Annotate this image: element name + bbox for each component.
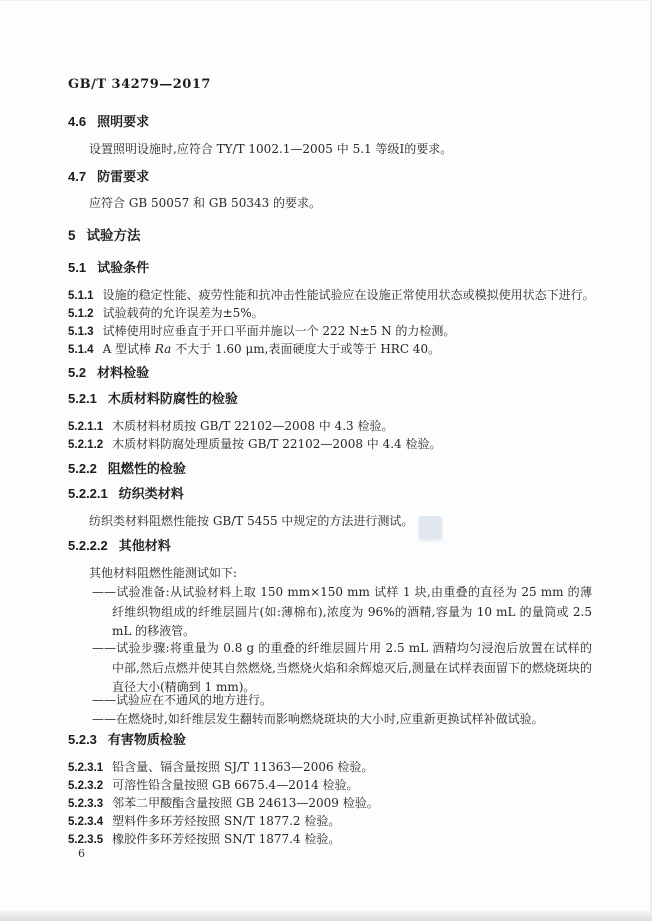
page-number: 6 — [78, 847, 85, 860]
heading-4-6: 4.6照明要求 — [68, 114, 608, 130]
clause-text: 塑料件多环芳烃按照 SN/T 1877.2 检验。 — [112, 814, 340, 828]
clause-number: 5.1.1 — [68, 290, 94, 302]
heading-number: 5.2.2.2 — [68, 538, 108, 554]
heading-title: 照明要求 — [97, 114, 149, 129]
heading-5-1: 5.1试验条件 — [68, 260, 608, 276]
clause-5-2-3-2: 5.2.3.2可溶性铅含量按照 GB 6675.4—2014 检验。 — [68, 776, 608, 795]
clause-number: 5.2.3.2 — [68, 780, 103, 792]
clause-number: 5.1.4 — [68, 344, 94, 356]
symbol-Ra: Ra — [155, 342, 171, 356]
heading-title: 防雷要求 — [97, 169, 149, 184]
clause-text: 木质材料材质按 GB/T 22102—2008 中 4.3 检验。 — [112, 419, 393, 433]
heading-5-2-2-1: 5.2.2.1纺织类材料 — [68, 486, 608, 502]
clause-5-2-3-4: 5.2.3.4塑料件多环芳烃按照 SN/T 1877.2 检验。 — [68, 812, 608, 831]
clause-number: 5.2.3.4 — [68, 816, 103, 828]
heading-5-2-2-2: 5.2.2.2其他材料 — [68, 538, 608, 554]
heading-title: 材料检验 — [97, 365, 149, 380]
heading-number: 4.7 — [68, 169, 86, 185]
clause-text: 试棒使用时应垂直于开口平面并施以一个 222 N±5 N 的力检测。 — [103, 324, 456, 338]
doc-header: GB/T 34279—2017 — [68, 77, 608, 92]
clause-text-pre: A 型试棒 — [103, 342, 155, 356]
clause-number: 5.2.3.1 — [68, 762, 103, 774]
clause-text: 木质材料防腐处理质量按 GB/T 22102—2008 中 4.4 检验。 — [112, 437, 441, 451]
heading-5-2-2: 5.2.2阻燃性的检验 — [68, 461, 608, 477]
clause-number: 5.2.1.2 — [68, 439, 103, 451]
clause-text: 铅含量、镉含量按照 SJ/T 11363—2006 检验。 — [112, 760, 373, 774]
clause-5-2-3-1: 5.2.3.1铅含量、镉含量按照 SJ/T 11363—2006 检验。 — [68, 758, 608, 777]
clause-text: 橡胶件多环芳烃按照 SN/T 1877.4 检验。 — [112, 832, 340, 846]
clause-number: 5.2.3.3 — [68, 798, 103, 810]
clause-number: 5.1.3 — [68, 326, 94, 338]
heading-5-2-3: 5.2.3有害物质检验 — [68, 732, 608, 748]
paragraph-4-7: 应符合 GB 50057 和 GB 50343 的要求。 — [68, 194, 608, 212]
clause-5-1-2: 5.1.2试验载荷的允许误差为±5%。 — [68, 304, 608, 323]
clause-5-2-1-1: 5.2.1.1木质材料材质按 GB/T 22102—2008 中 4.3 检验。 — [68, 417, 608, 436]
clause-text-post: 不大于 1.60 μm,表面硬度大于或等于 HRC 40。 — [171, 342, 440, 356]
heading-number: 5.1 — [68, 260, 86, 276]
heading-title: 阻燃性的检验 — [108, 461, 186, 476]
heading-title: 木质材料防腐性的检验 — [108, 391, 238, 406]
heading-5: 5试验方法 — [68, 228, 608, 244]
scanned-document-page: GB/T 34279—2017 4.6照明要求 设置照明设施时,应符合 TY/T… — [0, 0, 652, 921]
scan-edge-top — [0, 0, 652, 1]
clause-number: 5.1.2 — [68, 308, 94, 320]
clause-5-1-4: 5.1.4A 型试棒 Ra 不大于 1.60 μm,表面硬度大于或等于 HRC … — [68, 340, 608, 359]
heading-5-2: 5.2材料检验 — [68, 365, 608, 381]
watermark-smudge — [419, 516, 442, 539]
heading-number: 5.2.2.1 — [68, 486, 108, 502]
heading-title: 有害物质检验 — [108, 732, 186, 747]
clause-number: 5.2.3.5 — [68, 834, 103, 846]
clause-5-1-1: 5.1.1设施的稳定性能、疲劳性能和抗冲击性能试验应在设施正常使用状态或模拟使用… — [68, 286, 608, 305]
paragraph-5-2-2-2: 其他材料阻燃性能测试如下: — [68, 564, 608, 582]
clause-5-2-1-2: 5.2.1.2木质材料防腐处理质量按 GB/T 22102—2008 中 4.4… — [68, 435, 608, 454]
paragraph-5-2-2-1: 纺织类材料阻燃性能按 GB/T 5455 中规定的方法进行测试。 — [68, 512, 608, 530]
heading-number: 5 — [68, 228, 76, 244]
paragraph-4-6: 设置照明设施时,应符合 TY/T 1002.1—2005 中 5.1 等级Ⅰ的要… — [68, 140, 608, 158]
heading-number: 5.2 — [68, 365, 86, 381]
clause-text: A 型试棒 Ra 不大于 1.60 μm,表面硬度大于或等于 HRC 40。 — [103, 342, 441, 356]
clause-5-2-3-5: 5.2.3.5橡胶件多环芳烃按照 SN/T 1877.4 检验。 — [68, 830, 608, 849]
heading-title: 试验条件 — [97, 260, 149, 275]
clause-text: 试验载荷的允许误差为±5%。 — [103, 306, 264, 320]
clause-text: 邻苯二甲酸酯含量按照 GB 24613—2009 检验。 — [112, 796, 379, 810]
heading-4-7: 4.7防雷要求 — [68, 169, 608, 185]
heading-5-2-1: 5.2.1木质材料防腐性的检验 — [68, 391, 608, 407]
clause-number: 5.2.1.1 — [68, 421, 103, 433]
clause-text: 设施的稳定性能、疲劳性能和抗冲击性能试验应在设施正常使用状态或模拟使用状态下进行… — [103, 288, 595, 302]
clause-5-2-3-3: 5.2.3.3邻苯二甲酸酯含量按照 GB 24613—2009 检验。 — [68, 794, 608, 813]
clause-5-1-3: 5.1.3试棒使用时应垂直于开口平面并施以一个 222 N±5 N 的力检测。 — [68, 322, 608, 341]
clause-text: 可溶性铅含量按照 GB 6675.4—2014 检验。 — [112, 778, 358, 792]
scan-edge-bottom — [0, 911, 652, 921]
heading-number: 5.2.3 — [68, 732, 97, 748]
heading-title: 其他材料 — [119, 538, 171, 553]
list-item-test-preparation: ——试验准备:从试验材料上取 150 mm×150 mm 试样 1 块,由重叠的… — [68, 583, 592, 642]
heading-number: 5.2.1 — [68, 391, 97, 407]
list-item-retest: ——在燃烧时,如纤维层发生翻转而影响燃烧斑块的大小时,应重新更换试样补做试验。 — [68, 710, 592, 730]
list-item-test-steps: ——试验步骤:将重量为 0.8 g 的重叠的纤维层圆片用 2.5 mL 酒精均匀… — [68, 639, 592, 698]
heading-number: 5.2.2 — [68, 461, 97, 477]
heading-number: 4.6 — [68, 114, 86, 130]
heading-title: 纺织类材料 — [119, 486, 184, 501]
list-item-no-draft: ——试验应在不通风的地方进行。 — [68, 691, 592, 711]
heading-title: 试验方法 — [87, 228, 141, 243]
